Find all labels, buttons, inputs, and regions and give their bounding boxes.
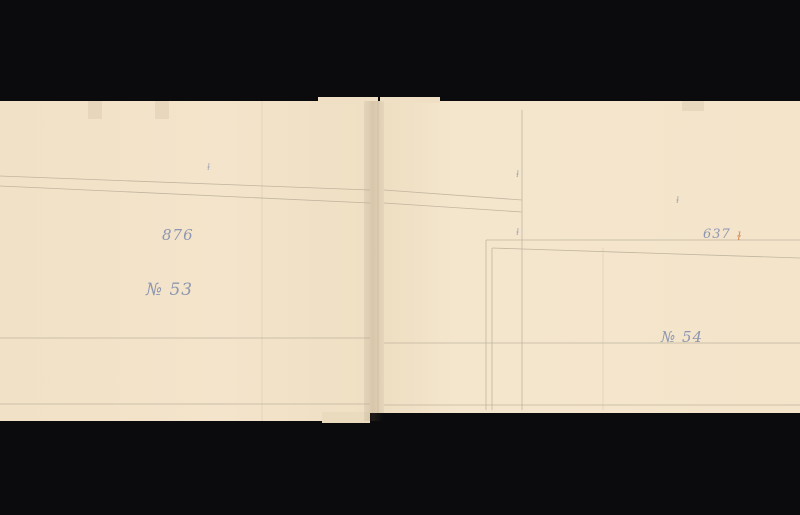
sheet-number-53: № 53: [146, 280, 193, 300]
pencil-lines: [0, 0, 800, 515]
tick-mark-left: ɫ: [207, 163, 211, 172]
tick-mark-right-2: ɫ: [516, 228, 520, 237]
measurement-876: 876: [162, 226, 194, 244]
tick-mark-right-3: ɫ: [676, 196, 680, 205]
tick-mark-right-1: ɫ: [516, 170, 520, 179]
sheet-number-54: № 54: [661, 328, 703, 346]
measurement-637: 637: [703, 227, 731, 242]
red-tick-mark: ɫ: [737, 230, 742, 243]
